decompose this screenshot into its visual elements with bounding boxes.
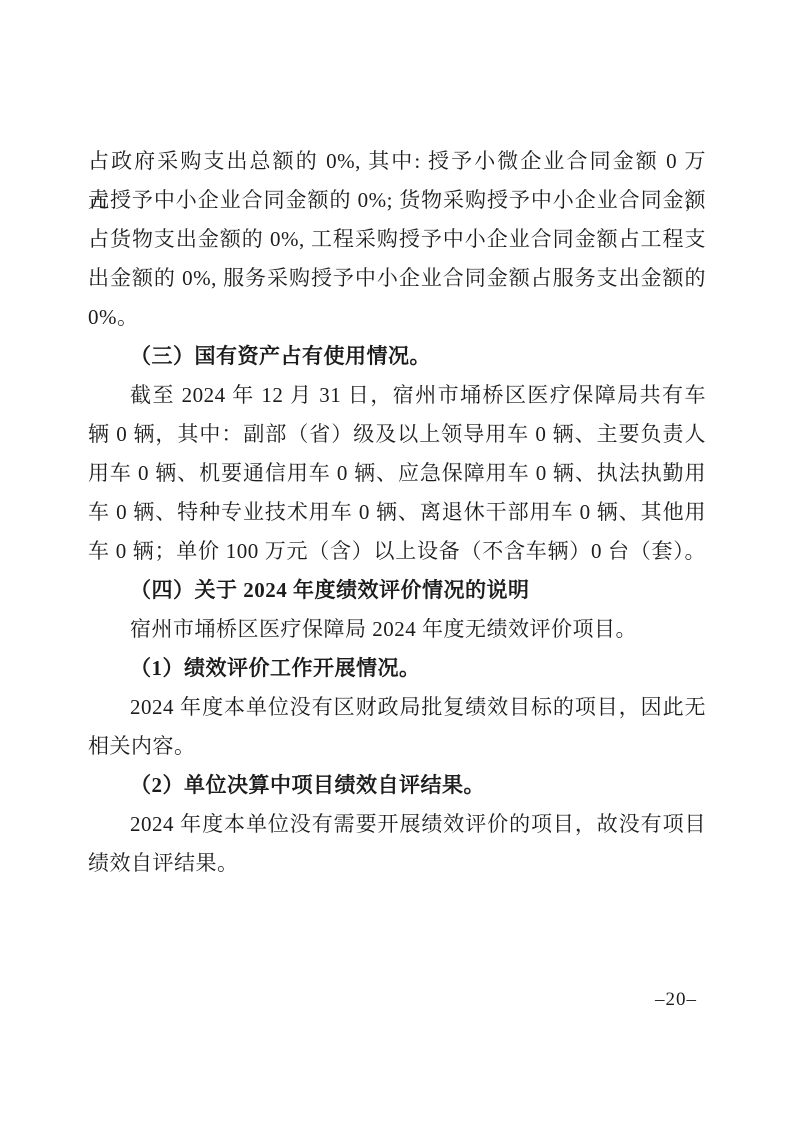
- body-line: 占政府采购支出总额的 0%, 其中: 授予小微企业合同金额 0 万元，: [88, 142, 706, 181]
- body-line: 辆 0 辆，其中：副部（省）级及以上领导用车 0 辆、主要负责人: [88, 415, 706, 454]
- body-line: 车 0 辆；单价 100 万元（含）以上设备（不含车辆）0 台（套）。: [88, 532, 706, 571]
- body-line: 2024 年度本单位没有需要开展绩效评价的项目，故没有项目: [88, 805, 706, 844]
- body-line: 0%。: [88, 298, 706, 337]
- body-line: 用车 0 辆、机要通信用车 0 辆、应急保障用车 0 辆、执法执勤用: [88, 454, 706, 493]
- body-line: 占货物支出金额的 0%, 工程采购授予中小企业合同金额占工程支: [88, 220, 706, 259]
- body-line: 出金额的 0%, 服务采购授予中小企业合同金额占服务支出金额的: [88, 259, 706, 298]
- body-line: 2024 年度本单位没有区财政局批复绩效目标的项目，因此无: [88, 688, 706, 727]
- document-page: 占政府采购支出总额的 0%, 其中: 授予小微企业合同金额 0 万元， 占授予中…: [0, 0, 793, 1122]
- body-line: 车 0 辆、特种专业技术用车 0 辆、离退休干部用车 0 辆、其他用: [88, 493, 706, 532]
- document-content: 占政府采购支出总额的 0%, 其中: 授予小微企业合同金额 0 万元， 占授予中…: [88, 142, 706, 883]
- body-line: 宿州市埇桥区医疗保障局 2024 年度无绩效评价项目。: [88, 610, 706, 649]
- body-line: 绩效自评结果。: [88, 844, 706, 883]
- subsection-heading-evaluation-work: （1）绩效评价工作开展情况。: [88, 649, 706, 688]
- section-heading-performance-evaluation: （四）关于 2024 年度绩效评价情况的说明: [88, 571, 706, 610]
- body-line: 截至 2024 年 12 月 31 日，宿州市埇桥区医疗保障局共有车: [88, 376, 706, 415]
- subsection-heading-self-evaluation-results: （2）单位决算中项目绩效自评结果。: [88, 766, 706, 805]
- page-number: –20–: [655, 989, 697, 1011]
- body-line: 占授予中小企业合同金额的 0%; 货物采购授予中小企业合同金额: [88, 181, 706, 220]
- body-line: 相关内容。: [88, 727, 706, 766]
- section-heading-state-assets: （三）国有资产占有使用情况。: [88, 337, 706, 376]
